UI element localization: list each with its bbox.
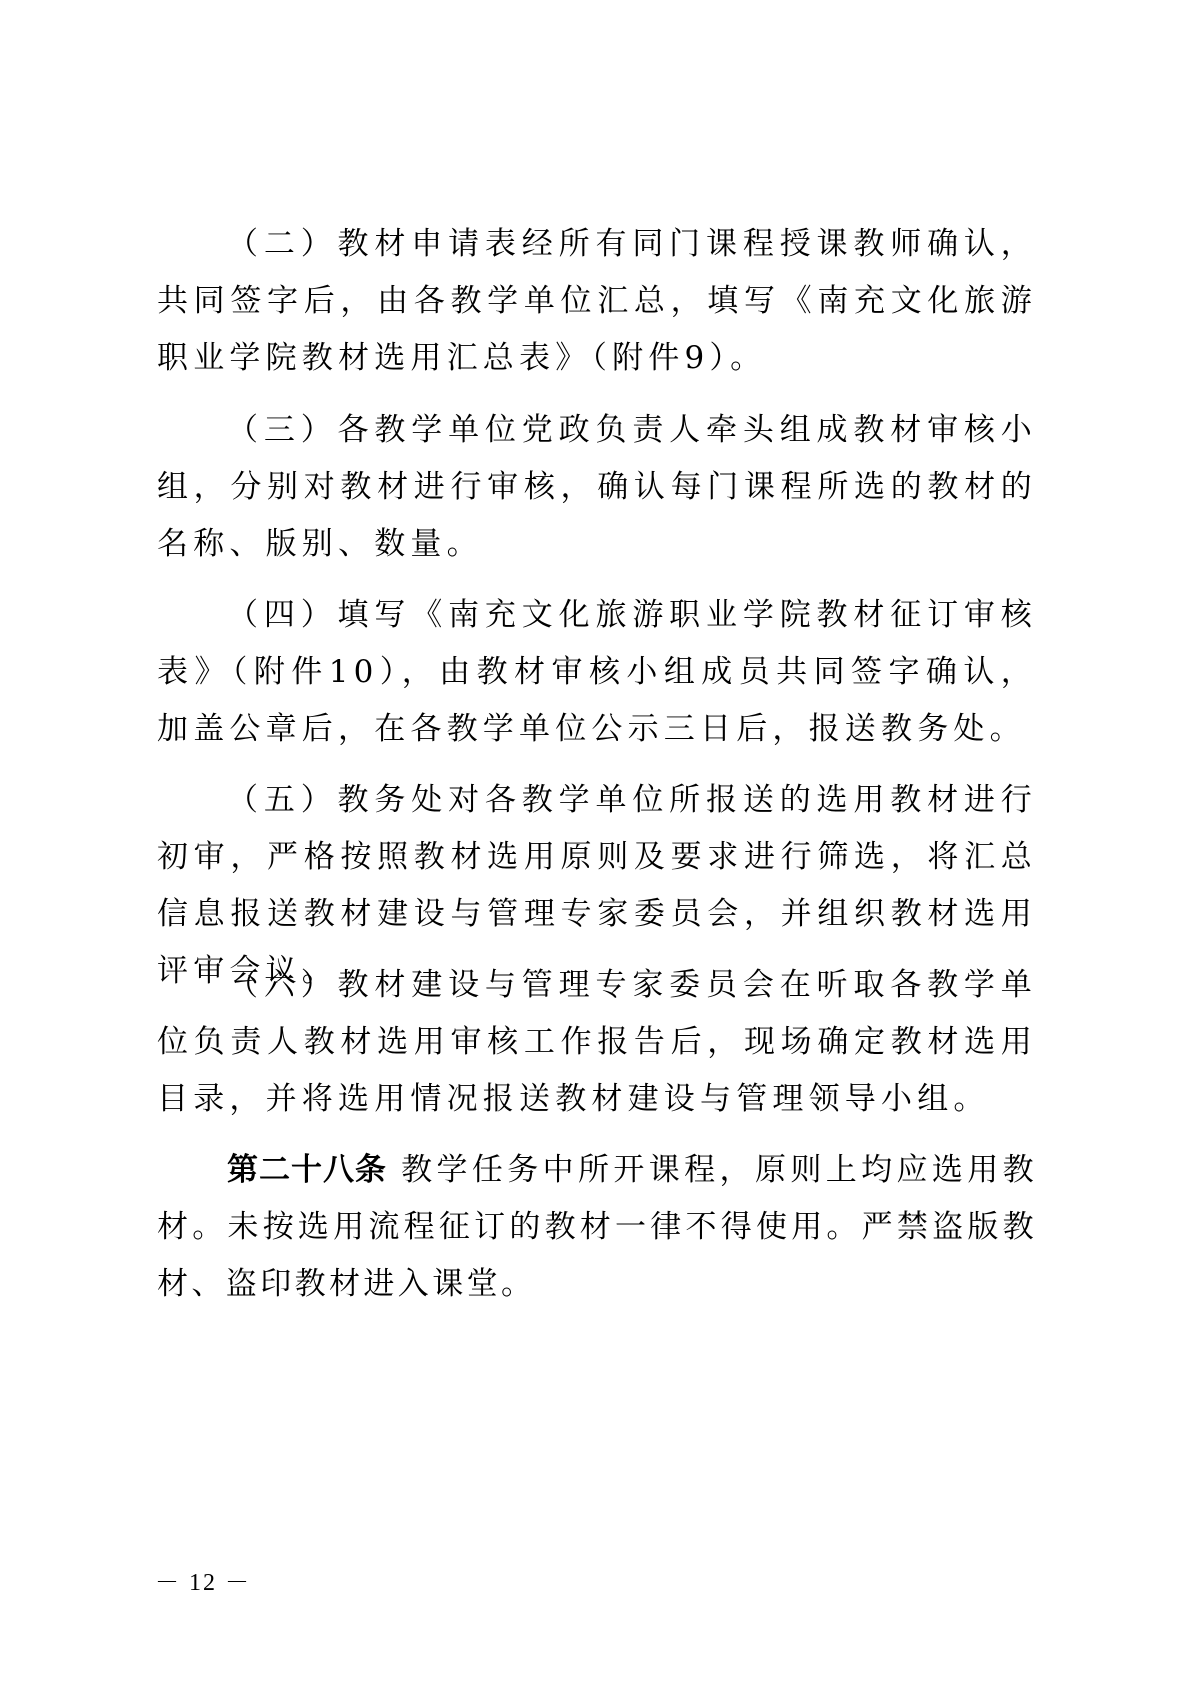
page-number: － 12 － xyxy=(155,1562,251,1597)
item-label: （二） xyxy=(227,226,338,262)
item-label: （三） xyxy=(227,412,338,448)
article-title: 第二十八条 xyxy=(227,1152,387,1188)
paragraph-item-4: （四）填写《南充文化旅游职业学院教材征订审核表》（附件10），由教材审核小组成员… xyxy=(157,587,1037,758)
paragraph-item-2: （二）教材申请表经所有同门课程授课教师确认，共同签字后，由各教学单位汇总，填写《… xyxy=(157,216,1037,387)
article-28: 第二十八条 教学任务中所开课程，原则上均应选用教材。未按选用流程征订的教材一律不… xyxy=(157,1142,1037,1313)
item-label: （四） xyxy=(227,597,338,633)
item-label: （五） xyxy=(227,782,338,818)
document-page: （二）教材申请表经所有同门课程授课教师确认，共同签字后，由各教学单位汇总，填写《… xyxy=(0,0,1190,1683)
item-label: （六） xyxy=(227,967,338,1003)
paragraph-item-3: （三）各教学单位党政负责人牵头组成教材审核小组，分别对教材进行审核，确认每门课程… xyxy=(157,402,1037,573)
paragraph-item-6: （六）教材建设与管理专家委员会在听取各教学单位负责人教材选用审核工作报告后，现场… xyxy=(157,957,1037,1128)
